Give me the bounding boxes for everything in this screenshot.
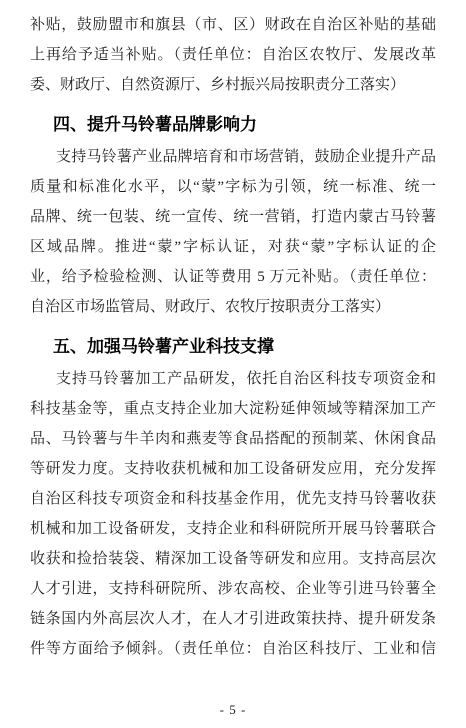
body-text-line: 支持马铃薯产业品牌培育和市场营销，鼓励企业提升产品 bbox=[30, 142, 436, 172]
body-text-line: 件等方面给予倾斜。（责任单位：自治区科技厅、工业和信 bbox=[30, 634, 436, 664]
body-text-line: 人才引进，支持科研院所、涉农高校、企业等引进马铃薯全 bbox=[30, 574, 436, 604]
body-text-line: 自治区科技专项资金和科技基金作用，优先支持马铃薯收获 bbox=[30, 484, 436, 514]
document-body: 补贴，鼓励盟市和旗县（市、区）财政在自治区补贴的基础上再给予适当补贴。（责任单位… bbox=[30, 10, 436, 664]
page-number: - 5 - bbox=[30, 702, 436, 718]
body-text-line: 品、马铃薯与牛羊肉和燕麦等食品搭配的预制菜、休闲食品 bbox=[30, 424, 436, 454]
body-text-line: 链条国内外高层次人才，在人才引进政策扶持、提升研发条 bbox=[30, 604, 436, 634]
body-text-line: 区域品牌。推进“蒙”字标认证，对获“蒙”字标认证的企 bbox=[30, 232, 436, 262]
body-text-line: 收获和捡拾装袋、精深加工设备等研发和应用。支持高层次 bbox=[30, 544, 436, 574]
section-heading: 四、提升马铃薯品牌影响力 bbox=[30, 110, 436, 140]
document-page: 补贴，鼓励盟市和旗县（市、区）财政在自治区补贴的基础上再给予适当补贴。（责任单位… bbox=[0, 0, 466, 728]
body-text-line: 上再给予适当补贴。（责任单位：自治区农牧厅、发展改革 bbox=[30, 40, 436, 70]
body-text-line: 委、财政厅、自然资源厅、乡村振兴局按职责分工落实） bbox=[30, 70, 436, 100]
body-text-line: 机械和加工设备研发，支持企业和科研院所开展马铃薯联合 bbox=[30, 514, 436, 544]
body-text-line: 补贴，鼓励盟市和旗县（市、区）财政在自治区补贴的基础 bbox=[30, 10, 436, 40]
body-text-line: 等研发力度。支持收获机械和加工设备研发应用，充分发挥 bbox=[30, 454, 436, 484]
body-text-line: 业，给予检验检测、认证等费用 5 万元补贴。（责任单位： bbox=[30, 262, 436, 292]
body-text-line: 支持马铃薯加工产品研发，依托自治区科技专项资金和 bbox=[30, 364, 436, 394]
body-text-line: 质量和标准化水平，以“蒙”字标为引领，统一标准、统一 bbox=[30, 172, 436, 202]
body-text-line: 自治区市场监管局、财政厅、农牧厅按职责分工落实） bbox=[30, 292, 436, 322]
section-heading: 五、加强马铃薯产业科技支撑 bbox=[30, 332, 436, 362]
body-text-line: 科技基金等，重点支持企业加大淀粉延伸领域等精深加工产 bbox=[30, 394, 436, 424]
body-text-line: 品牌、统一包装、统一宣传、统一营销，打造内蒙古马铃薯 bbox=[30, 202, 436, 232]
